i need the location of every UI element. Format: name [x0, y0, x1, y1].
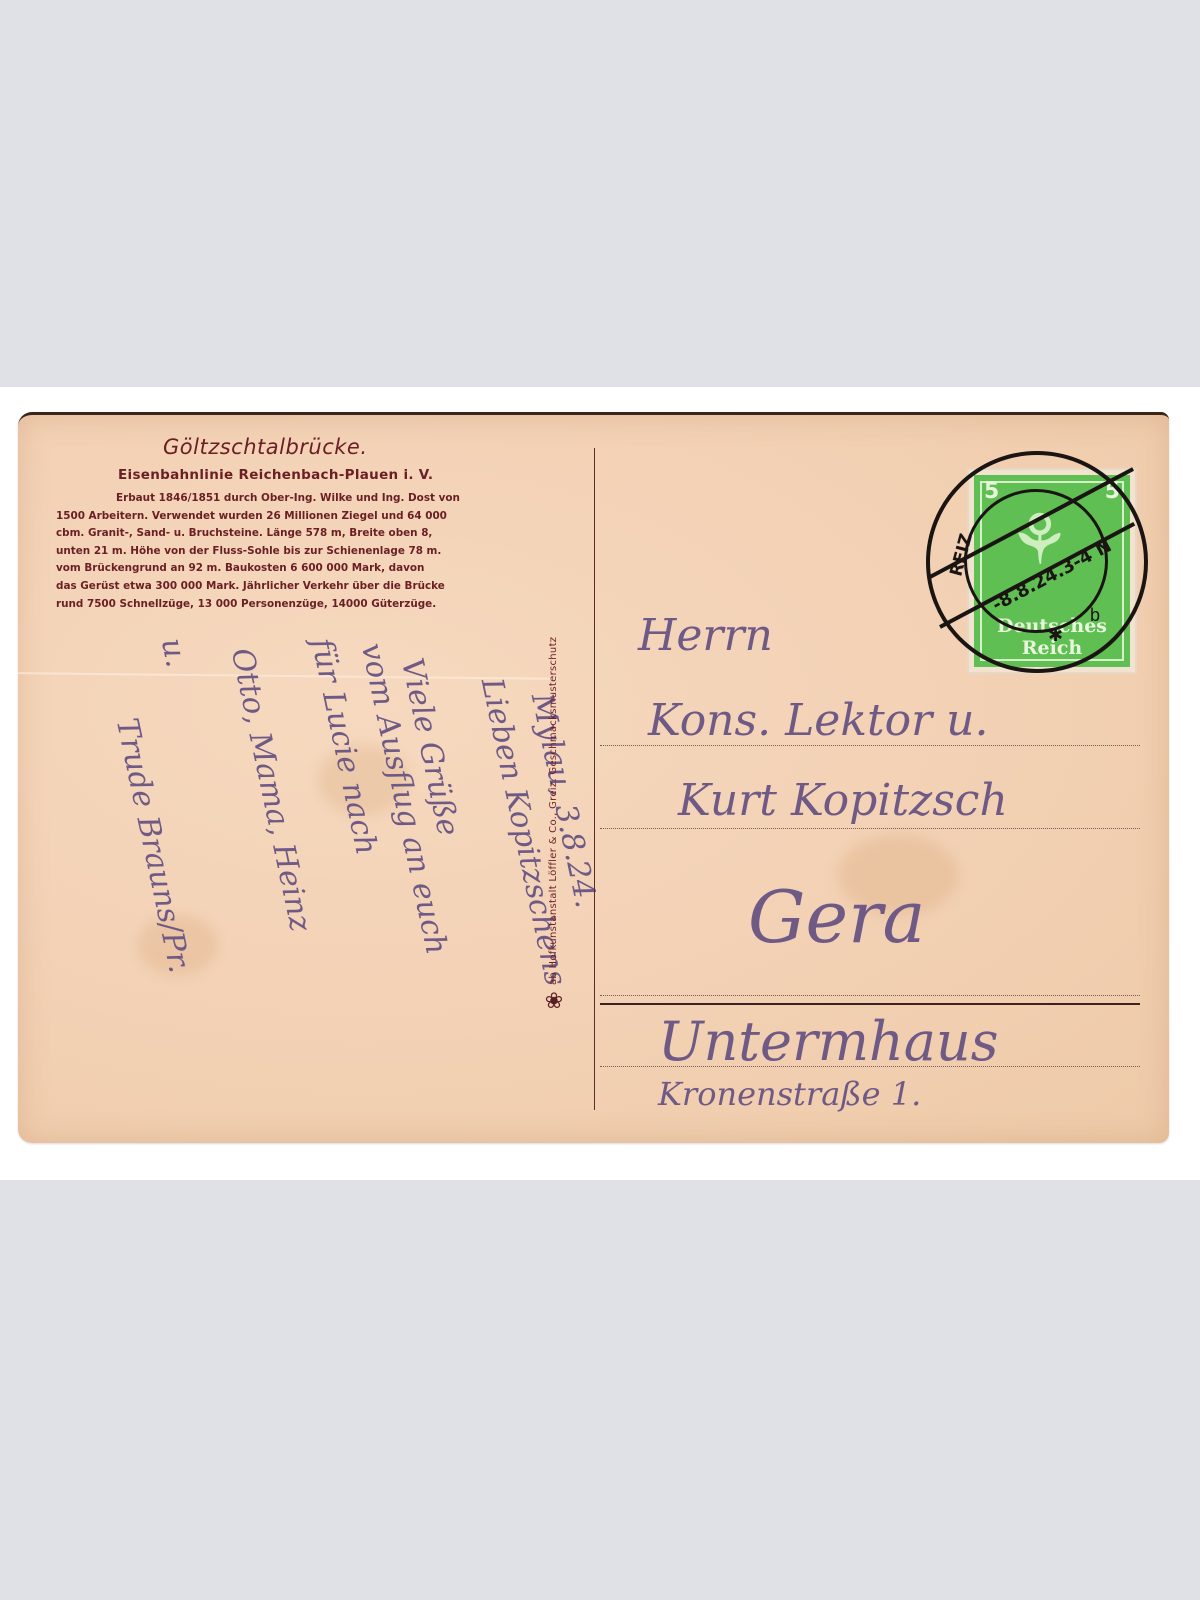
address-solid-rule: [600, 1003, 1140, 1005]
card-divider: [594, 448, 595, 1110]
card-subtitle: Eisenbahnlinie Reichenbach-Plauen i. V.: [118, 467, 433, 483]
star-icon: ✱: [1048, 625, 1063, 646]
address-district: Untermhaus: [658, 1010, 998, 1073]
address-city: Gera: [748, 875, 925, 959]
address-name: Kurt Kopitzsch: [678, 775, 1008, 826]
description-line: cbm. Granit-, Sand- u. Bruchsteine. Läng…: [56, 525, 538, 543]
description-line: Erbaut 1846/1851 durch Ober-Ing. Wilke u…: [56, 490, 538, 508]
address-street: Kronenstraße 1.: [658, 1075, 921, 1113]
address-line-rule: [600, 828, 1140, 829]
postmark-code: b: [1090, 605, 1100, 626]
card-description: Erbaut 1846/1851 durch Ober-Ing. Wilke u…: [56, 490, 538, 613]
address-salutation: Herrn: [638, 610, 773, 661]
message-line: Otto, Mama, Heinz: [224, 645, 318, 934]
address-line-rule: [600, 995, 1140, 996]
card-title: Göltzschtalbrücke.: [163, 435, 368, 459]
description-line: das Gerüst etwa 300 000 Mark. Jährlicher…: [56, 578, 538, 596]
postcard: Göltzschtalbrücke. Eisenbahnlinie Reiche…: [18, 412, 1169, 1143]
address-title: Kons. Lektor u.: [648, 695, 989, 746]
publisher-logo-icon: ❀: [536, 987, 572, 1017]
message-line: u.: [154, 635, 194, 671]
publisher-imprint: ab Hofkunstanstalt Löffler & Co., Greiz.…: [548, 637, 559, 985]
description-line: 1500 Arbeitern. Verwendet wurden 26 Mill…: [56, 508, 538, 526]
postmark: REIZ -8.8.24.3-4 N ✱ b: [926, 451, 1148, 673]
card-crease: [18, 672, 558, 680]
description-line: vom Brückengrund an 92 m. Baukosten 6 60…: [56, 560, 538, 578]
description-line: rund 7500 Schnellzüge, 13 000 Personenzü…: [56, 596, 538, 614]
description-line: unten 21 m. Höhe von der Fluss-Sohle bis…: [56, 543, 538, 561]
